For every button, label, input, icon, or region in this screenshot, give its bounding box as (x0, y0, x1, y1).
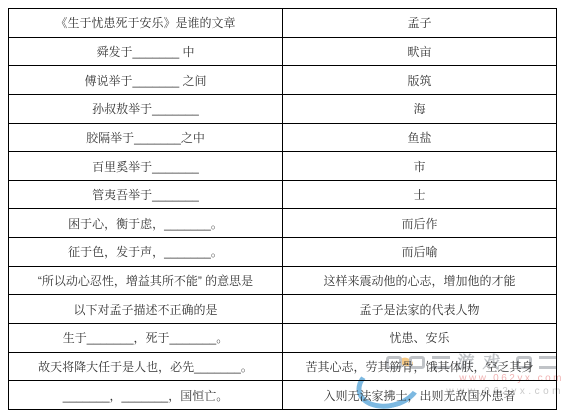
question-cell: “所以动心忍性，增益其所不能” 的意思是 (9, 266, 283, 295)
answer-cell: 孟子 (283, 9, 557, 38)
table-row: 管夷吾举于_______ 士 (9, 180, 557, 209)
question-cell: 征于色，发于声，_______。 (9, 238, 283, 267)
question-cell: _______，_______，国恒亡。 (9, 381, 283, 410)
table-row: 故天将降大任于是人也，必先_______。 苦其心志，劳其筋骨，饿其体肤，空乏其… (9, 352, 557, 381)
answer-cell: 而后作 (283, 209, 557, 238)
question-cell: 《生于忧患死于安乐》是谁的文章 (9, 9, 283, 38)
answer-cell: 孟子是法家的代表人物 (283, 295, 557, 324)
answer-cell: 苦其心志，劳其筋骨，饿其体肤，空乏其身 (283, 352, 557, 381)
table-row: 百里奚举于_______ 市 (9, 152, 557, 181)
table-row: 孙叔敖举于_______ 海 (9, 94, 557, 123)
table-row: 生于_______，死于_______。 忧患、安乐 (9, 324, 557, 353)
table-row: “所以动心忍性，增益其所不能” 的意思是 这样来震动他的心志，增加他的才能 (9, 266, 557, 295)
table-row: 《生于忧患死于安乐》是谁的文章 孟子 (9, 9, 557, 38)
question-cell: 故天将降大任于是人也，必先_______。 (9, 352, 283, 381)
quiz-answer-page: 《生于忧患死于安乐》是谁的文章 孟子 舜发于_______ 中 畎亩 傅说举于_… (0, 0, 571, 412)
question-cell: 舜发于_______ 中 (9, 37, 283, 66)
question-cell: 生于_______，死于_______。 (9, 324, 283, 353)
answer-cell: 士 (283, 180, 557, 209)
question-cell: 以下对孟子描述不正确的是 (9, 295, 283, 324)
answer-cell: 忧患、安乐 (283, 324, 557, 353)
table-row: _______，_______，国恒亡。 入则无法家拂士，出则无敌国外患者 (9, 381, 557, 410)
question-cell: 胶隔举于_______之中 (9, 123, 283, 152)
answer-cell: 市 (283, 152, 557, 181)
answer-cell: 版筑 (283, 66, 557, 95)
question-cell: 百里奚举于_______ (9, 152, 283, 181)
table-row: 困于心，衡于虑，_______。 而后作 (9, 209, 557, 238)
answer-cell: 海 (283, 94, 557, 123)
table-row: 傅说举于_______ 之间 版筑 (9, 66, 557, 95)
answer-cell: 畎亩 (283, 37, 557, 66)
qa-table: 《生于忧患死于安乐》是谁的文章 孟子 舜发于_______ 中 畎亩 傅说举于_… (8, 8, 557, 410)
table-row: 以下对孟子描述不正确的是 孟子是法家的代表人物 (9, 295, 557, 324)
answer-cell: 而后喻 (283, 238, 557, 267)
question-cell: 孙叔敖举于_______ (9, 94, 283, 123)
answer-cell: 这样来震动他的心志，增加他的才能 (283, 266, 557, 295)
answer-cell: 鱼盐 (283, 123, 557, 152)
table-row: 征于色，发于声，_______。 而后喻 (9, 238, 557, 267)
question-cell: 傅说举于_______ 之间 (9, 66, 283, 95)
table-row: 胶隔举于_______之中 鱼盐 (9, 123, 557, 152)
table-row: 舜发于_______ 中 畎亩 (9, 37, 557, 66)
answer-cell: 入则无法家拂士，出则无敌国外患者 (283, 381, 557, 410)
question-cell: 管夷吾举于_______ (9, 180, 283, 209)
question-cell: 困于心，衡于虑，_______。 (9, 209, 283, 238)
